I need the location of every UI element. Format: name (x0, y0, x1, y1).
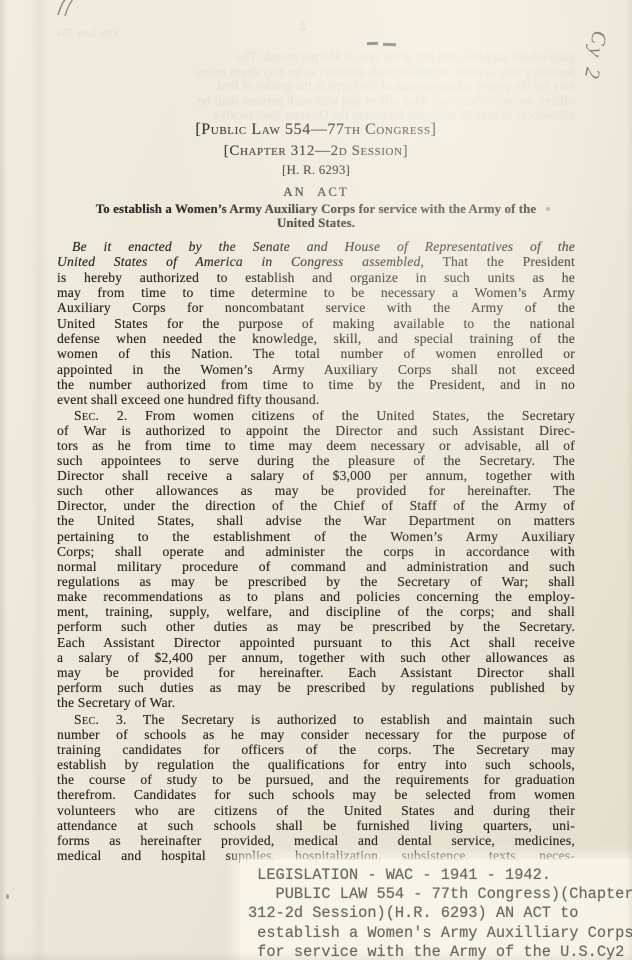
text-line: tors as he from time to time may deem ne… (57, 438, 575, 453)
text-line: forms as hereinafter provided, medical a… (57, 833, 575, 848)
bill-number-header: [H. R. 6293] (57, 162, 575, 178)
ink-dash-mark (383, 43, 396, 46)
text-line: therefrom. Candidates for such schools m… (57, 787, 575, 802)
text-line: LEGISLATION - WAC - 1941 - 1942. (248, 866, 632, 885)
text-line: Auxiliary Corps for noncombatant service… (57, 300, 575, 315)
text-line: gage school supplies, and pay at the rat… (57, 50, 575, 65)
text-line: volunteers who are citizens of the Unite… (57, 803, 575, 818)
text-line: Be it enacted by the Senate and House of… (57, 239, 575, 254)
text-line: establish by regulation the qualificatio… (57, 757, 575, 772)
text-line: attendance at such schools shall be furn… (57, 818, 575, 833)
an-act-heading: AN ACT (57, 185, 575, 200)
text-line: the United States, shall advise the War … (57, 513, 575, 528)
text-line: such other allowances as may be provided… (57, 483, 575, 498)
text-line: PUBLIC LAW 554 - 77th Congress)(Chapter (248, 885, 632, 904)
handwritten-slash-mark (56, 0, 76, 21)
text-line: the course of study to be pursued, and t… (57, 772, 575, 787)
text-line: Director, under the direction of the Chi… (57, 498, 575, 513)
text-line: sary for the proper administration of th… (57, 79, 575, 94)
text-line: perform such other duties as may be pres… (57, 619, 575, 634)
text-line: pertaining to the establishment of the W… (57, 529, 575, 544)
text-line: Sec. 2. From women citizens of the Unite… (57, 408, 575, 423)
text-line: may be provided for hereinafter. Each As… (57, 665, 575, 680)
section-3-paragraph: Sec. 3. The Secretary is authorized to e… (57, 712, 575, 863)
ink-dash-mark (367, 42, 378, 45)
text-line: such appointees to serve during the plea… (57, 453, 575, 468)
text-line: Each Assistant Director appointed pursua… (57, 635, 575, 650)
text-line: of War is authorized to appoint the Dire… (57, 423, 575, 438)
text-line: women of this Nation. The total number o… (57, 346, 575, 361)
text-line: perform such duties as may be prescribed… (57, 680, 575, 695)
section-2-paragraph: Sec. 2. From women citizens of the Unite… (57, 408, 575, 711)
chapter-session-header: [Chapter 312—2d Session] (57, 143, 575, 160)
text-line: for service with the Army of the U.S.Cy2 (248, 943, 632, 960)
text-line: may from time to time determine to be ne… (57, 285, 575, 300)
text-line: 312-2d Session)(H.R. 6293) AN ACT to (248, 904, 632, 923)
enacting-clause-paragraph: Be it enacted by the Senate and House of… (57, 239, 575, 408)
bleedthrough-page-number: 2 (300, 18, 307, 34)
text-line: defense when needed the knowledge, skill… (57, 331, 575, 346)
text-line: is hereby authorized to establish and or… (57, 270, 575, 285)
scanned-document-page: 2 Pub. Law 554 gage school supplies, and… (0, 0, 632, 960)
text-line: Director shall receive a salary of $3,00… (57, 468, 575, 483)
text-line: United States of America in Congress ass… (57, 254, 575, 269)
text-line: ment, training, supply, welfare, and dis… (57, 604, 575, 619)
act-title-line-2: United States. (57, 216, 575, 231)
text-line: training candidates for officers of the … (57, 742, 575, 757)
text-line: regulations as may be prescribed by the … (57, 574, 575, 589)
text-line: United States for the purpose of making … (57, 316, 575, 331)
text-line: the Secretary of War. (57, 695, 575, 710)
text-line: make recommendations as to plans and pol… (57, 589, 575, 604)
text-line: appointed in the Women’s Army Auxiliary … (57, 362, 575, 377)
text-line: Sec. 3. The Secretary is authorized to e… (57, 712, 575, 727)
ink-speck (546, 207, 550, 211)
text-line: a salary of $2,400 per annum, together w… (57, 650, 575, 665)
text-line: number of schools as he may consider nec… (57, 727, 575, 742)
text-line: establish a Women's Army Auxilliary Corp… (248, 924, 632, 943)
text-line: normal military procedure of command and… (57, 559, 575, 574)
text-line: Secretary may appoint officers in such n… (57, 65, 575, 80)
handwritten-copy-annotation: Cy 2 (579, 29, 612, 84)
text-line: event shall exceed one hundred fifty tho… (57, 392, 575, 407)
ink-speck (6, 894, 9, 899)
text-line: Corps; shall operate and administer the … (57, 544, 575, 559)
public-law-header: [Public Law 554—77th Congress] (57, 121, 575, 139)
typed-catalog-label: LEGISLATION - WAC - 1941 - 1942. PUBLIC … (240, 859, 632, 960)
text-line: officer, second officer, and third offic… (57, 94, 575, 109)
bleedthrough-text-block: gage school supplies, and pay at the rat… (57, 50, 575, 123)
bleedthrough-header-fragment: Pub. Law 554 (57, 27, 575, 39)
text-line: the number authorized from time to time … (57, 377, 575, 392)
